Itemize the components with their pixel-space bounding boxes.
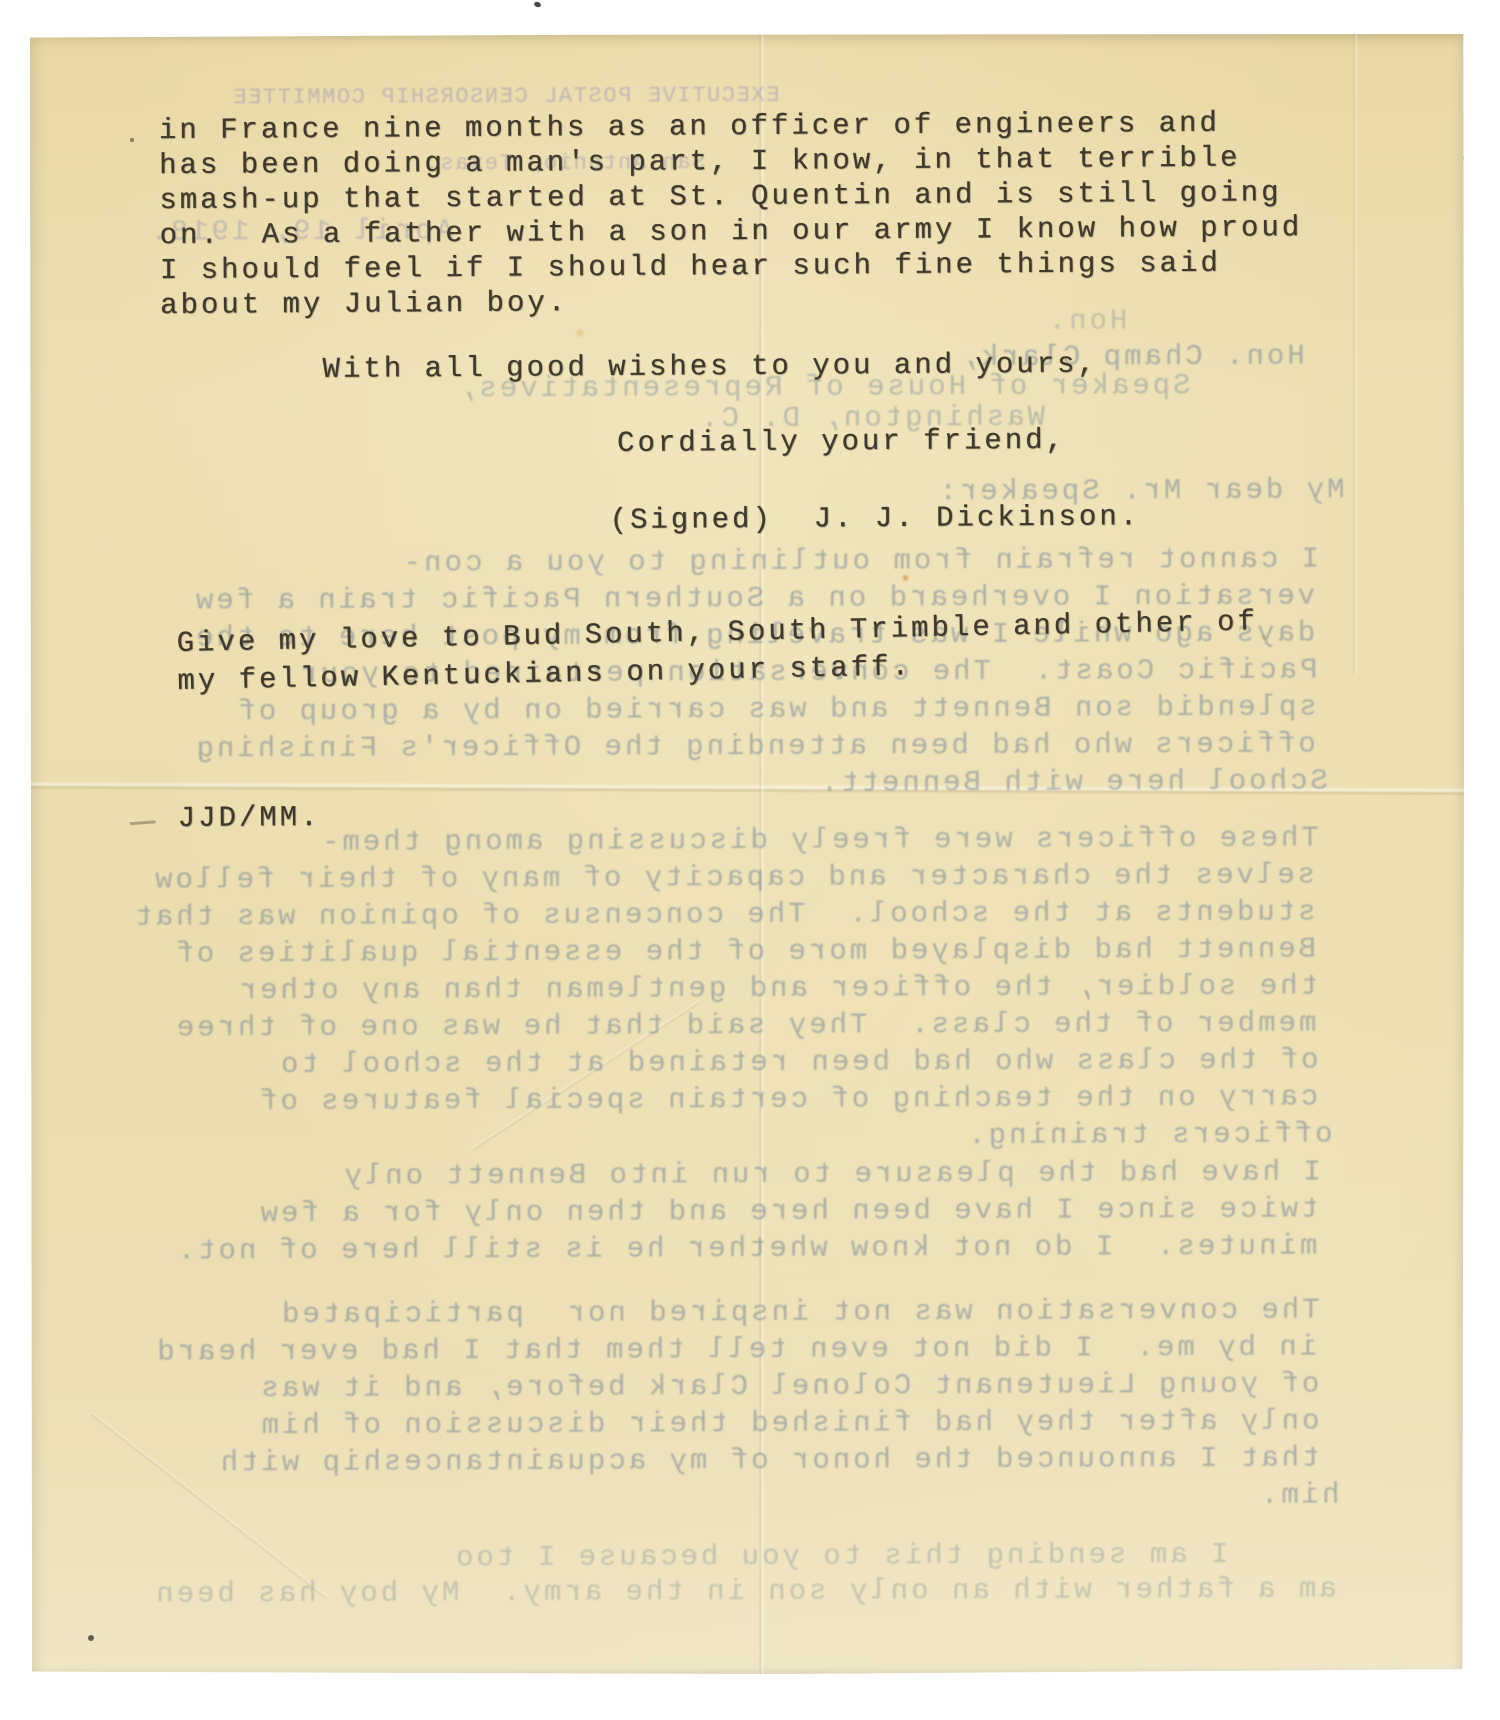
scan-speck (533, 1, 541, 8)
letter-closing: Cordially your friend, (617, 423, 1066, 461)
red-mark (1463, 155, 1467, 161)
letter-postscript: Give my love to Bud South, South Trimble… (176, 603, 1259, 701)
letter-body-paragraph: in France nine months as an officer of e… (159, 105, 1303, 323)
typewritten-layer: in France nine months as an officer of e… (24, 28, 1469, 1678)
letter-sheet: EXECUTIVE POSTAL CENSORSHIP COMMITTEESan… (30, 34, 1464, 1674)
letter-signature-line: (Signed) J. J. Dickinson. (610, 499, 1141, 538)
typist-initials: JJD/MM. (178, 800, 321, 836)
scan-background: EXECUTIVE POSTAL CENSORSHIP COMMITTEESan… (0, 0, 1500, 1720)
pencil-mark (130, 820, 156, 825)
letter-valediction: With all good wishes to you and yours, (322, 347, 1098, 387)
